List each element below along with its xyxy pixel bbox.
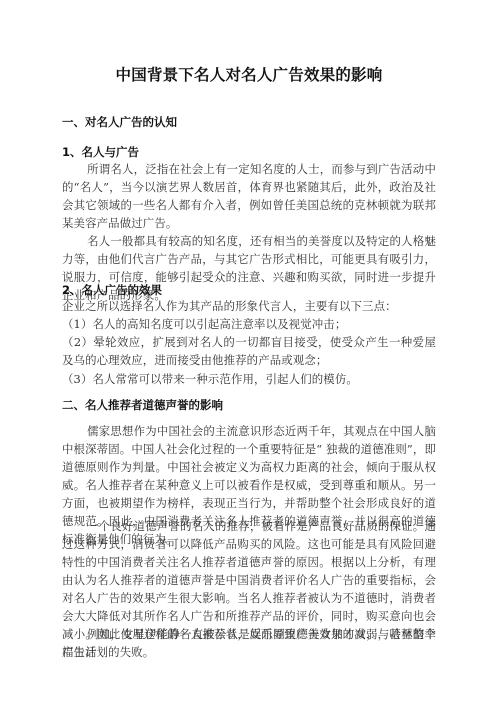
paragraph: 例如，女星伊能静一直被公认是娱乐圈里德美女加才女，与哈林的幸福生活: [62, 625, 436, 661]
subsection-heading-1-1: 1、名人与广告: [62, 143, 139, 161]
section-heading-2: 二、名人推荐者道德声誉的影响: [62, 396, 223, 414]
section-heading-1: 一、对名人广告的认知: [62, 113, 177, 131]
list-item: （2）晕轮效应，扩展到对名人的一切都盲目接受，使受众产生一种爱屋及乌的心理效应，…: [62, 333, 436, 369]
paragraph: 企业之所以选择名人作为其产品的形象代言人，主要有以下三点：: [62, 297, 436, 315]
list-item: （3）名人常常可以带来一种示范作用，引起人们的模仿。: [62, 370, 436, 388]
paragraph: 所谓名人，泛指在社会上有一定知名度的人士，而参与到广告活动中的“名人”，当今以演…: [62, 160, 436, 232]
document-title: 中国背景下名人对名人广告效果的影响: [62, 64, 436, 86]
list-item: （1）名人的高知名度可以引起高注意率以及视觉冲击；: [62, 315, 436, 333]
